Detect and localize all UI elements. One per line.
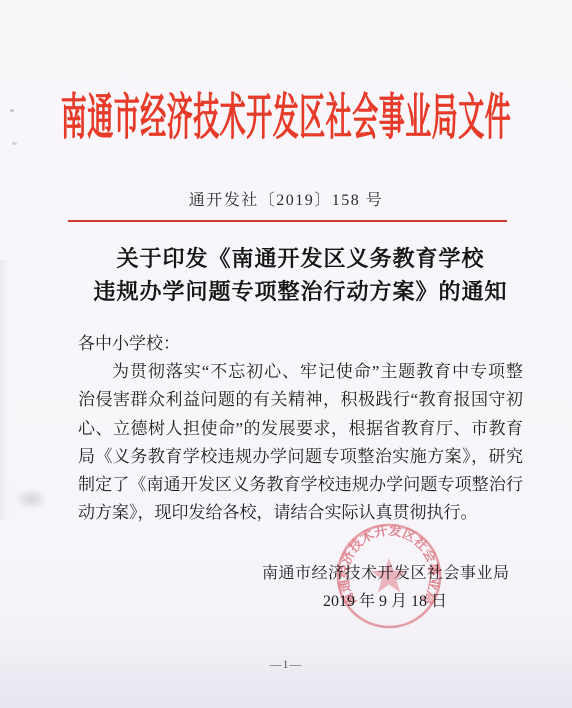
title-line-2: 违规办学问题专项整治行动方案》的通知	[78, 275, 523, 308]
scan-speck	[12, 142, 17, 145]
five-pointed-star-icon	[371, 558, 407, 592]
body-line: 局《义务教育学校违规办学问题专项整治实施方案》，研究	[78, 443, 523, 471]
document-page: 南通市经济技术开发区社会事业局文件 通开发社〔2019〕158 号 关于印发《南…	[0, 0, 572, 708]
scan-speck	[10, 109, 14, 112]
issuing-agency-title: 南通市经济技术开发区社会事业局文件	[61, 79, 512, 149]
scan-edge-shadow	[0, 260, 10, 520]
salutation: 各中小学校：	[78, 330, 523, 358]
red-divider-line	[68, 220, 507, 222]
scan-smudge	[14, 488, 48, 510]
title-line-1: 关于印发《南通开发区义务教育学校	[78, 242, 523, 275]
page-number: —1—	[0, 657, 572, 672]
body-text: 各中小学校： 为贯彻落实“不忘初心、牢记使命”主题教育中专项整 治侵害群众利益问…	[78, 330, 523, 527]
header-banner: 南通市经济技术开发区社会事业局文件	[0, 79, 572, 116]
body-line: 动方案》，现印发给各校，请结合实际认真贯彻执行。	[78, 499, 523, 527]
body-line: 心、立德树人担使命”的发展要求，根据省教育厅、市教育	[78, 415, 523, 443]
official-seal: 南通经济技术开发区社会事业局	[333, 520, 445, 632]
doc-number: 通开发社〔2019〕158 号	[0, 187, 572, 210]
body-line: 为贯彻落实“不忘初心、牢记使命”主题教育中专项整	[78, 358, 523, 386]
body-line: 制定了《南通开发区义务教育学校违规办学问题专项整治行	[78, 471, 523, 499]
body-line: 治侵害群众利益问题的有关精神，积极践行“教育报国守初	[78, 386, 523, 414]
document-title: 关于印发《南通开发区义务教育学校 违规办学问题专项整治行动方案》的通知	[78, 242, 523, 308]
